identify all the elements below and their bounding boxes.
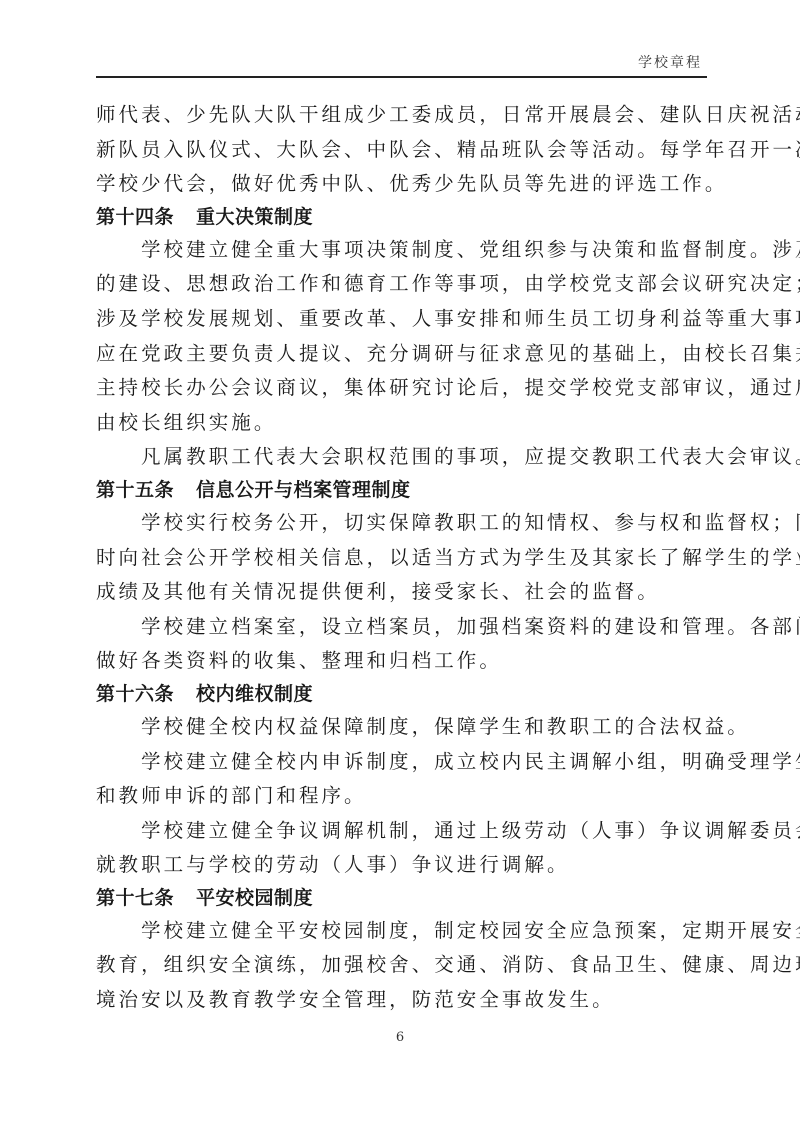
text-line: 由校长组织实施。 [96,406,707,441]
text-line: 学校建立健全平安校园制度，制定校园安全应急预案，定期开展安全 [96,914,707,949]
text-line: 教育，组织安全演练，加强校舍、交通、消防、食品卫生、健康、周边环 [96,948,707,983]
text-line: 就教职工与学校的劳动（人事）争议进行调解。 [96,848,707,883]
paragraph: 学校健全校内权益保障制度，保障学生和教职工的合法权益。 [96,710,707,745]
text-line: 学校少代会，做好优秀中队、优秀少先队员等先进的评选工作。 [96,167,707,202]
paragraph: 学校建立健全重大事项决策制度、党组织参与决策和监督制度。涉及党 的建设、思想政治… [96,233,707,441]
text-line: 涉及学校发展规划、重要改革、人事安排和师生员工切身利益等重大事项， [96,302,707,337]
paragraph: 凡属教职工代表大会职权范围的事项，应提交教职工代表大会审议。 [96,440,707,475]
page-body: 师代表、少先队大队干组成少工委成员，日常开展晨会、建队日庆祝活动、 新队员入队仪… [96,98,707,1018]
article-title: 校内维权制度 [196,683,313,705]
text-line: 境治安以及教育教学安全管理，防范安全事故发生。 [96,983,707,1018]
article-title: 重大决策制度 [196,206,313,228]
article-number: 第十五条 [96,479,174,501]
text-line: 学校健全校内权益保障制度，保障学生和教职工的合法权益。 [96,710,707,745]
text-line: 和教师申诉的部门和程序。 [96,779,707,814]
text-line: 凡属教职工代表大会职权范围的事项，应提交教职工代表大会审议。 [96,440,707,475]
header-rule [96,76,707,78]
text-line: 成绩及其他有关情况提供便利，接受家长、社会的监督。 [96,575,707,610]
paragraph: 师代表、少先队大队干组成少工委成员，日常开展晨会、建队日庆祝活动、 新队员入队仪… [96,98,707,202]
text-line: 做好各类资料的收集、整理和归档工作。 [96,644,707,679]
text-line: 的建设、思想政治工作和德育工作等事项，由学校党支部会议研究决定； [96,267,707,302]
paragraph: 学校建立健全争议调解机制，通过上级劳动（人事）争议调解委员会， 就教职工与学校的… [96,814,707,883]
text-line: 主持校长办公会议商议，集体研究讨论后，提交学校党支部审议，通过后 [96,371,707,406]
article-heading-14: 第十四条重大决策制度 [96,202,707,233]
article-heading-16: 第十六条校内维权制度 [96,679,707,710]
page-number: 6 [0,1030,800,1045]
article-heading-17: 第十七条平安校园制度 [96,883,707,914]
article-heading-15: 第十五条信息公开与档案管理制度 [96,475,707,506]
text-line: 师代表、少先队大队干组成少工委成员，日常开展晨会、建队日庆祝活动、 [96,98,707,133]
text-line: 新队员入队仪式、大队会、中队会、精品班队会等活动。每学年召开一次 [96,133,707,168]
text-line: 时向社会公开学校相关信息，以适当方式为学生及其家长了解学生的学业 [96,541,707,576]
text-line: 学校建立健全校内申诉制度，成立校内民主调解小组，明确受理学生 [96,745,707,780]
text-line: 学校实行校务公开，切实保障教职工的知情权、参与权和监督权；同 [96,506,707,541]
article-title: 信息公开与档案管理制度 [196,479,411,501]
article-number: 第十四条 [96,206,174,228]
paragraph: 学校建立健全校内申诉制度，成立校内民主调解小组，明确受理学生 和教师申诉的部门和… [96,745,707,814]
paragraph: 学校建立健全平安校园制度，制定校园安全应急预案，定期开展安全 教育，组织安全演练… [96,914,707,1018]
text-line: 学校建立健全重大事项决策制度、党组织参与决策和监督制度。涉及党 [96,233,707,268]
text-line: 应在党政主要负责人提议、充分调研与征求意见的基础上，由校长召集并 [96,337,707,372]
paragraph: 学校建立档案室，设立档案员，加强档案资料的建设和管理。各部门 做好各类资料的收集… [96,610,707,679]
article-number: 第十六条 [96,683,174,705]
paragraph: 学校实行校务公开，切实保障教职工的知情权、参与权和监督权；同 时向社会公开学校相… [96,506,707,610]
text-line: 学校建立档案室，设立档案员，加强档案资料的建设和管理。各部门 [96,610,707,645]
text-line: 学校建立健全争议调解机制，通过上级劳动（人事）争议调解委员会， [96,814,707,849]
article-title: 平安校园制度 [196,887,313,909]
article-number: 第十七条 [96,887,174,909]
running-header-title: 学校章程 [638,52,702,72]
